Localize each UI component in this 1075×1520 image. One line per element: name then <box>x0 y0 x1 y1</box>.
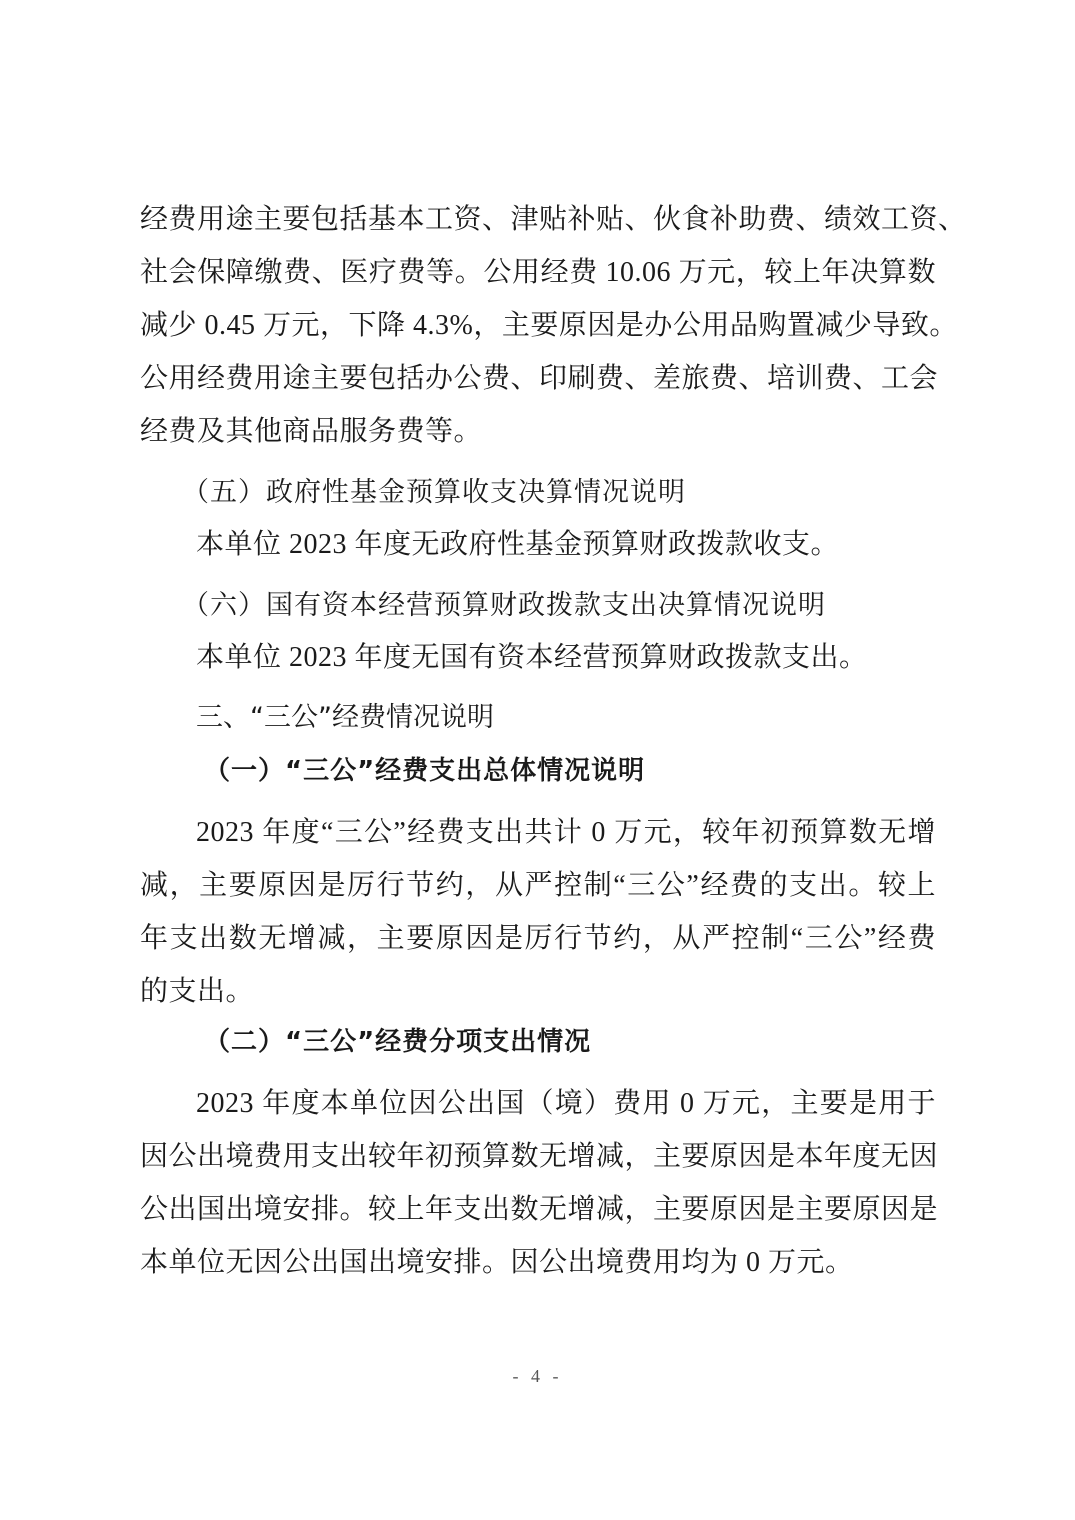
paragraph-line: 年支出数无增减，主要原因是厉行节约，从严控制“三公”经费 <box>140 919 936 959</box>
paragraph-line: 因公出境费用支出较年初预算数无增减，主要原因是本年度无因 <box>140 1137 936 1177</box>
paragraph-line: 2023 年度“三公”经费支出共计 0 万元，较年初预算数无增 <box>196 813 936 853</box>
section-6-body: 本单位 2023 年度无国有资本经营预算财政拨款支出。 <box>196 638 936 678</box>
paragraph-line: 减，主要原因是厉行节约，从严控制“三公”经费的支出。较上 <box>140 866 936 906</box>
paragraph-line: 公用经费用途主要包括办公费、印刷费、差旅费、培训费、工会 <box>140 359 936 399</box>
section-6-heading: （六）国有资本经营预算财政拨款支出决算情况说明 <box>182 585 922 625</box>
part-3-heading: 三、“三公”经费情况说明 <box>196 698 992 738</box>
paragraph-line: 公出国出境安排。较上年支出数无增减，主要原因是主要原因是 <box>140 1190 936 1230</box>
paragraph-line: 2023 年度本单位因公出国（境）费用 0 万元，主要是用于 <box>196 1084 936 1124</box>
page-number: - 4 - <box>0 1366 1075 1387</box>
paragraph-line: 社会保障缴费、医疗费等。公用经费 10.06 万元，较上年决算数 <box>140 253 936 293</box>
paragraph-line: 本单位无因公出国出境安排。因公出境费用均为 0 万元。 <box>140 1243 936 1283</box>
document-page: 经费用途主要包括基本工资、津贴补贴、伙食补助费、绩效工资、 社会保障缴费、医疗费… <box>0 0 1075 1520</box>
section-5-heading: （五）政府性基金预算收支决算情况说明 <box>182 472 922 512</box>
paragraph-line: 经费及其他商品服务费等。 <box>140 412 936 452</box>
paragraph-line: 的支出。 <box>140 972 936 1012</box>
subsection-2-heading: （二）“三公”经费分项支出情况 <box>204 1022 1000 1062</box>
section-5-body: 本单位 2023 年度无政府性基金预算财政拨款收支。 <box>196 525 936 565</box>
paragraph-line: 减少 0.45 万元，下降 4.3%，主要原因是办公用品购置减少导致。 <box>140 306 936 346</box>
paragraph-line: 经费用途主要包括基本工资、津贴补贴、伙食补助费、绩效工资、 <box>140 200 936 240</box>
subsection-1-heading: （一）“三公”经费支出总体情况说明 <box>204 751 1000 791</box>
